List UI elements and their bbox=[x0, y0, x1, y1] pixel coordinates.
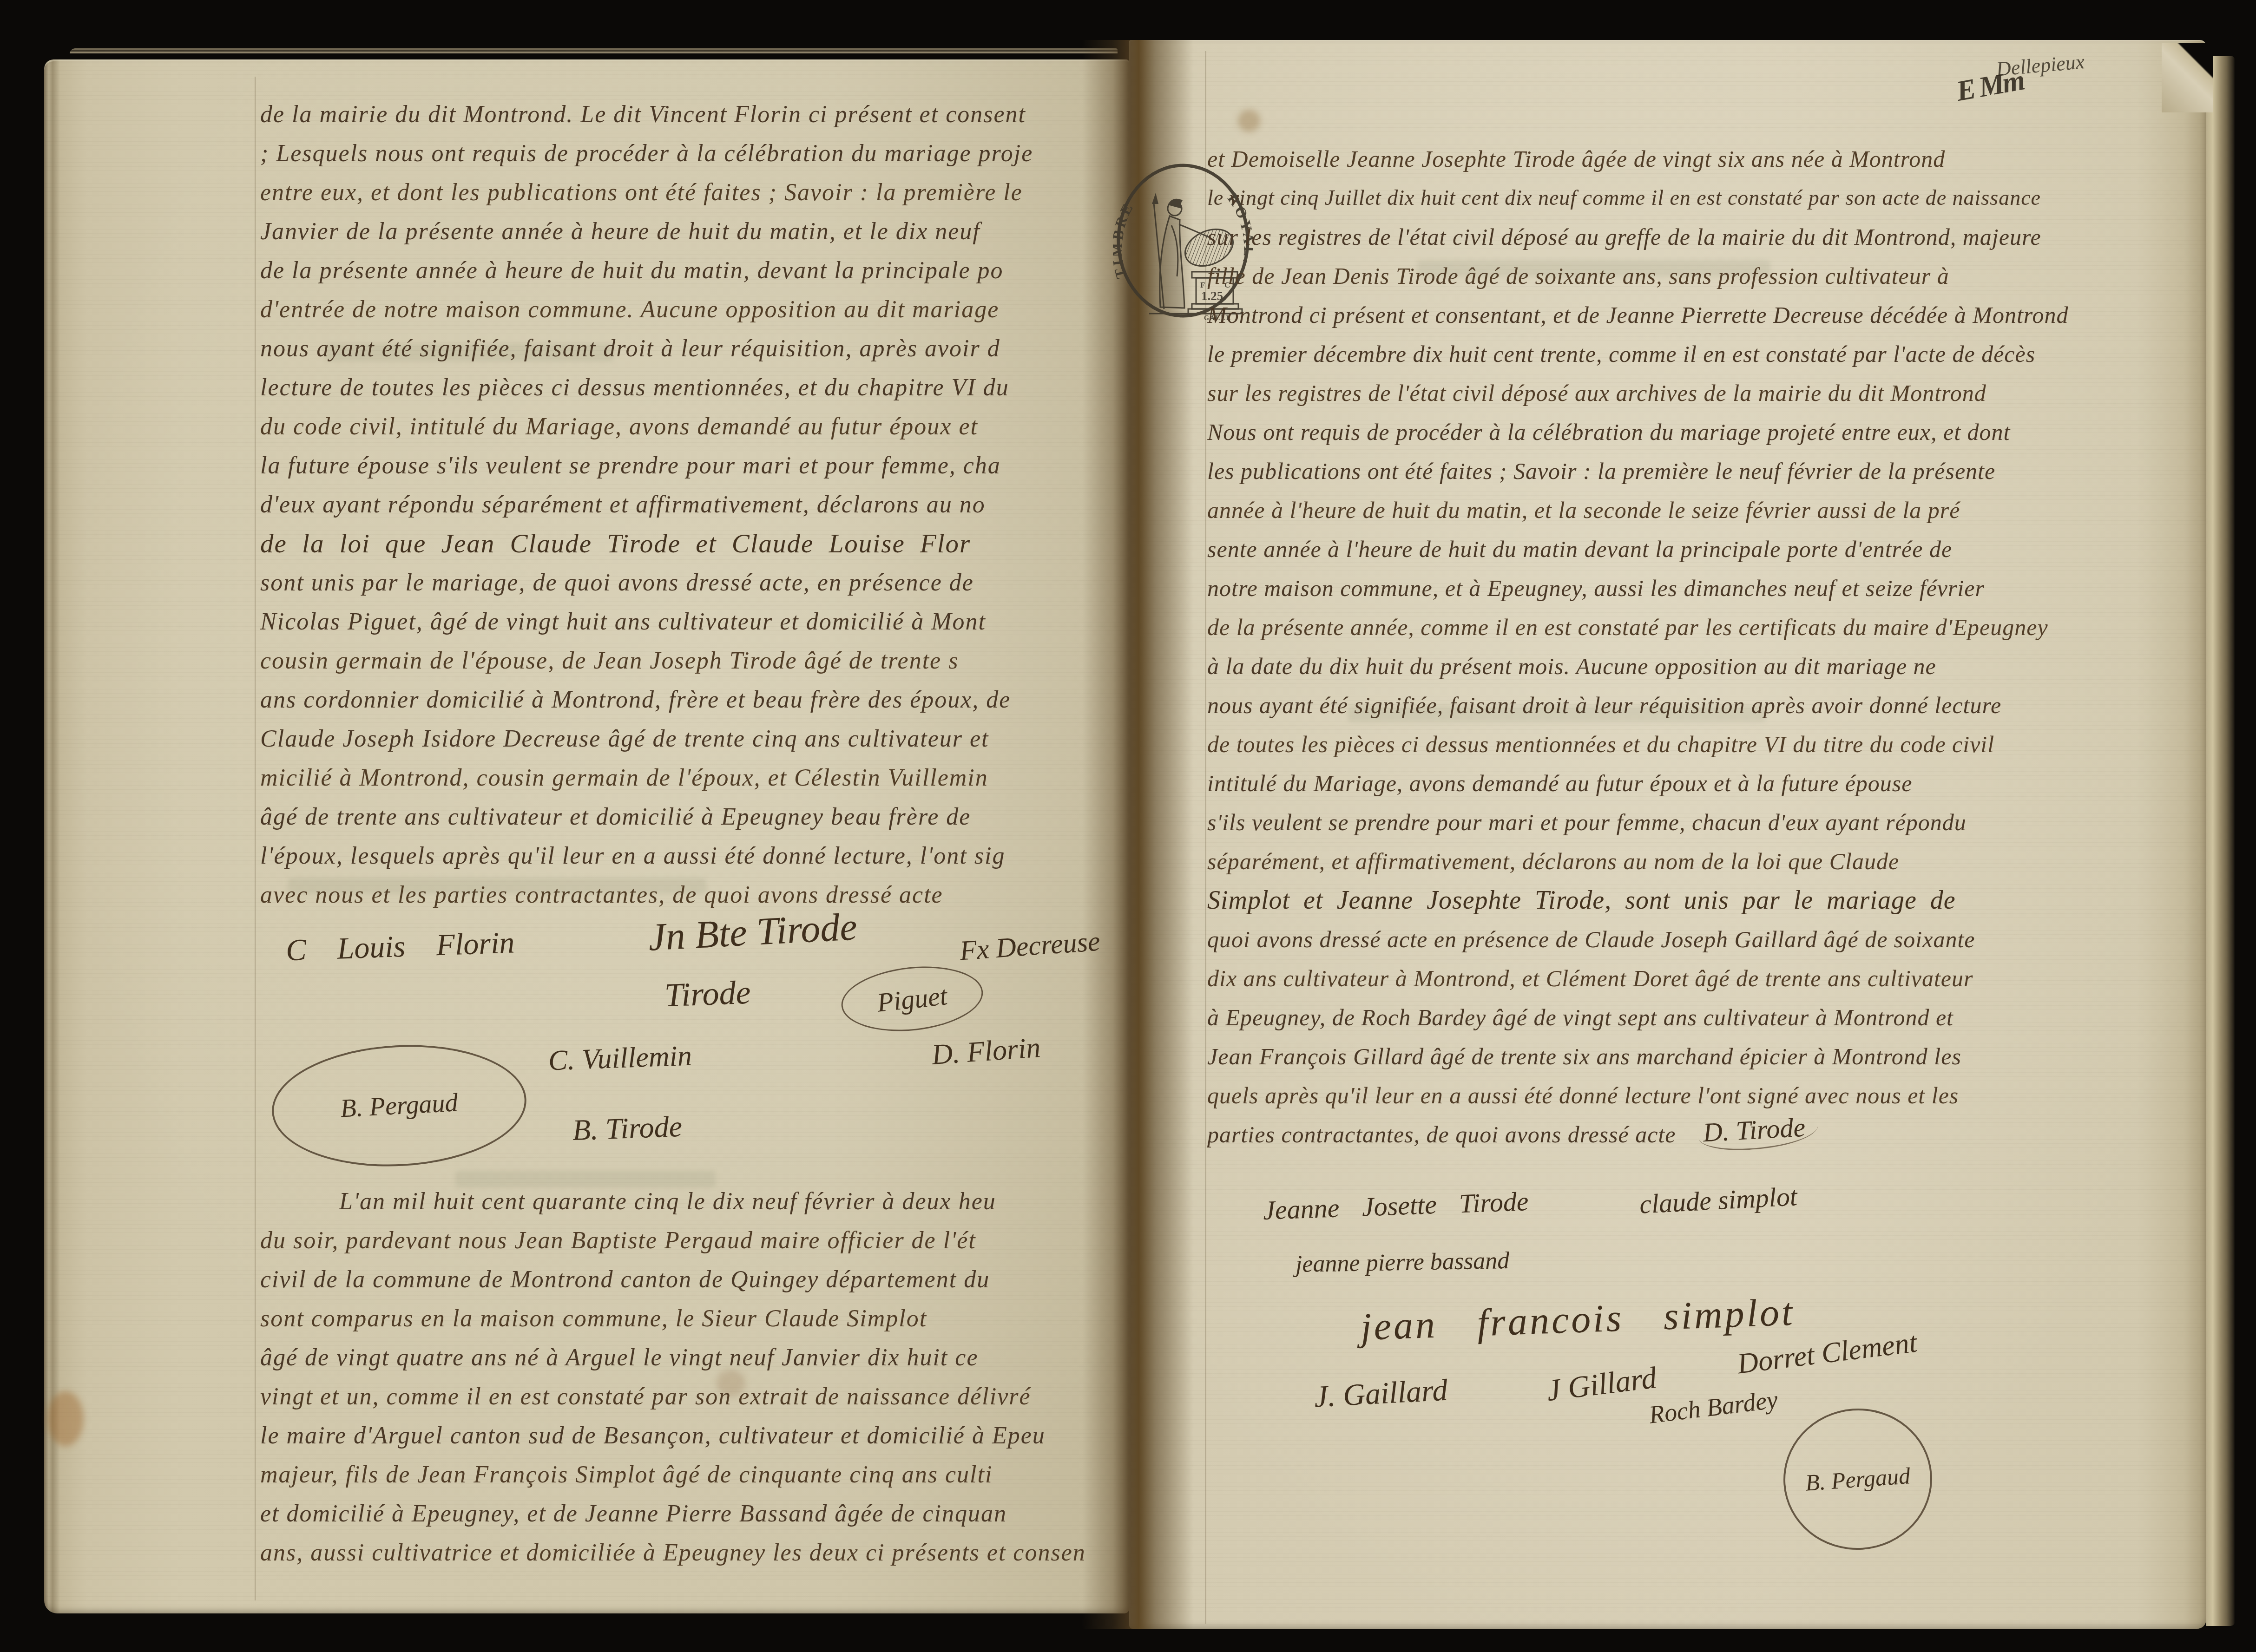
manuscript-line: la future épouse s'ils veulent se prendr… bbox=[260, 446, 1113, 485]
manuscript-line: L'an mil huit cent quarante cinq le dix … bbox=[260, 1182, 1113, 1221]
manuscript-line: de toutes les pièces ci dessus mentionné… bbox=[1207, 725, 2216, 764]
manuscript-line: Simplot et Jeanne Josephte Tirode, sont … bbox=[1207, 881, 2216, 920]
manuscript-line: le premier décembre dix huit cent trente… bbox=[1207, 334, 2216, 374]
manuscript-line: de la présente année à heure de huit du … bbox=[260, 251, 1113, 290]
signature-text: Piguet bbox=[875, 980, 949, 1018]
manuscript-line: de la mairie du dit Montrond. Le dit Vin… bbox=[260, 95, 1113, 134]
signature-tirode: Tirode bbox=[664, 973, 751, 1015]
manuscript-line: cousin germain de l'épouse, de Jean Jose… bbox=[260, 642, 1113, 681]
svg-text:TIMBRE: TIMBRE bbox=[1113, 199, 1137, 280]
manuscript-line: sur les registres de l'état civil déposé… bbox=[1207, 217, 2216, 256]
stamp-arc-left-label: TIMBRE bbox=[1113, 199, 1137, 280]
manuscript-line: et Demoiselle Jeanne Josephte Tirode âgé… bbox=[1207, 139, 2216, 178]
manuscript-line: âgé de vingt quatre ans né à Arguel le v… bbox=[260, 1338, 1113, 1377]
manuscript-line: civil de la commune de Montrond canton d… bbox=[260, 1260, 1113, 1299]
manuscript-line: quels après qu'il leur en a aussi été do… bbox=[1207, 1076, 2216, 1115]
signature-flourish-oval: B. Pergaud bbox=[1779, 1403, 1937, 1555]
manuscript-line: dix ans cultivateur à Montrond, et Cléme… bbox=[1207, 959, 2216, 998]
manuscript-line: d'entrée de notre maison commune. Aucune… bbox=[260, 290, 1113, 329]
manuscript-line: sente année à l'heure de huit du matin d… bbox=[1207, 530, 2216, 569]
paper-stain bbox=[1238, 110, 1260, 132]
manuscript-line: d'eux ayant répondu séparément et affirm… bbox=[260, 485, 1113, 524]
manuscript-line: Janvier de la présente année à heure de … bbox=[260, 212, 1113, 251]
manuscript-line: majeur, fils de Jean François Simplot âg… bbox=[260, 1455, 1113, 1495]
manuscript-line: sont comparus en la maison commune, le S… bbox=[260, 1299, 1113, 1338]
signature-c-vuillemin: C. Vuillemin bbox=[548, 1040, 692, 1078]
manuscript-line: sont unis par le mariage, de quoi avons … bbox=[260, 564, 1113, 603]
left-page-act-text: de la mairie du dit Montrond. Le dit Vin… bbox=[260, 95, 1113, 915]
manuscript-line: Jean François Gillard âgé de trente six … bbox=[1207, 1037, 2216, 1076]
manuscript-line: nous ayant été signifiée, faisant droit … bbox=[1207, 686, 2216, 725]
scanned-register-photo: Dellepieux E Mm TIMBRE ROYAL. bbox=[0, 0, 2256, 1652]
manuscript-line: micilié à Montrond, cousin germain de l'… bbox=[260, 759, 1113, 798]
manuscript-line: le maire d'Arguel canton sud de Besançon… bbox=[260, 1416, 1113, 1455]
left-page-margin-line bbox=[255, 77, 256, 1600]
manuscript-line: Nous ont requis de procéder à la célébra… bbox=[1207, 413, 2216, 452]
signature-jeanne-pierre-bassand: jeanne pierre bassand bbox=[1296, 1247, 1510, 1278]
stamp-denomination-f: F bbox=[1200, 281, 1205, 289]
manuscript-line: année à l'heure de huit du matin, et la … bbox=[1207, 491, 2216, 530]
manuscript-line: et domicilié à Epeugney, et de Jeanne Pi… bbox=[260, 1495, 1113, 1534]
manuscript-line: s'ils veulent se prendre pour mari et po… bbox=[1207, 803, 2216, 842]
manuscript-line: intitulé du Mariage, avons demandé au fu… bbox=[1207, 764, 2216, 803]
right-page-act-text: et Demoiselle Jeanne Josephte Tirode âgé… bbox=[1207, 139, 2216, 1154]
manuscript-line: quoi avons dressé acte en présence de Cl… bbox=[1207, 920, 2216, 959]
manuscript-line: âgé de trente ans cultivateur et domicil… bbox=[260, 798, 1113, 837]
manuscript-line: ans cordonnier domicilié à Montrond, frè… bbox=[260, 681, 1113, 720]
manuscript-line: avec nous et les parties contractantes, … bbox=[260, 876, 1113, 915]
manuscript-line: entre eux, et dont les publications ont … bbox=[260, 173, 1113, 212]
manuscript-line: l'époux, lesquels après qu'il leur en a … bbox=[260, 837, 1113, 876]
manuscript-line: notre maison commune, et à Epeugney, aus… bbox=[1207, 569, 2216, 608]
manuscript-line: à Epeugney, de Roch Bardey âgé de vingt … bbox=[1207, 998, 2216, 1037]
signature-b-tirode: B. Tirode bbox=[572, 1109, 683, 1147]
left-page-second-act-text: L'an mil huit cent quarante cinq le dix … bbox=[260, 1182, 1113, 1573]
manuscript-line: du code civil, intitulé du Mariage, avon… bbox=[260, 407, 1113, 446]
paper-stain bbox=[47, 1391, 84, 1446]
manuscript-line: séparément, et affirmativement, déclaron… bbox=[1207, 842, 2216, 881]
signature-j-gaillard: J. Gaillard bbox=[1313, 1373, 1448, 1415]
manuscript-line: sur les registres de l'état civil déposé… bbox=[1207, 374, 2216, 413]
page-stack-top-edge bbox=[70, 48, 1118, 60]
manuscript-line: de la loi que Jean Claude Tirode et Clau… bbox=[260, 524, 1113, 564]
manuscript-line: Nicolas Piguet, âgé de vingt huit ans cu… bbox=[260, 603, 1113, 642]
manuscript-line: fille de Jean Denis Tirode âgé de soixan… bbox=[1207, 256, 2216, 295]
manuscript-line: nous ayant été signifiée, faisant droit … bbox=[260, 329, 1113, 368]
manuscript-line: vingt et un, comme il en est constaté pa… bbox=[260, 1377, 1113, 1416]
manuscript-line: ans, aussi cultivatrice et domiciliée à … bbox=[260, 1534, 1113, 1573]
manuscript-line: Montrond ci présent et consentant, et de… bbox=[1207, 295, 2216, 334]
signature-b-pergaud-right: B. Pergaud bbox=[1779, 1403, 1937, 1555]
manuscript-line: ; Lesquels nous ont requis de procéder à… bbox=[260, 134, 1113, 173]
signature-flourish-oval: B. Pergaud bbox=[269, 1039, 530, 1173]
manuscript-line: à la date du dix huit du présent mois. A… bbox=[1207, 647, 2216, 686]
manuscript-line: du soir, pardevant nous Jean Baptiste Pe… bbox=[260, 1221, 1113, 1260]
manuscript-line: de la présente année, comme il en est co… bbox=[1207, 608, 2216, 647]
manuscript-line: les publications ont été faites ; Savoir… bbox=[1207, 452, 2216, 491]
signature-text: B. Pergaud bbox=[1804, 1462, 1911, 1496]
signature-text: B. Pergaud bbox=[340, 1088, 459, 1123]
manuscript-line: le vingt cinq Juillet dix huit cent dix … bbox=[1207, 178, 2216, 217]
manuscript-line: lecture de toutes les pièces ci dessus m… bbox=[260, 368, 1113, 407]
signature-b-pergaud-left: B. Pergaud bbox=[269, 1039, 530, 1173]
manuscript-line: Claude Joseph Isidore Decreuse âgé de tr… bbox=[260, 720, 1113, 759]
